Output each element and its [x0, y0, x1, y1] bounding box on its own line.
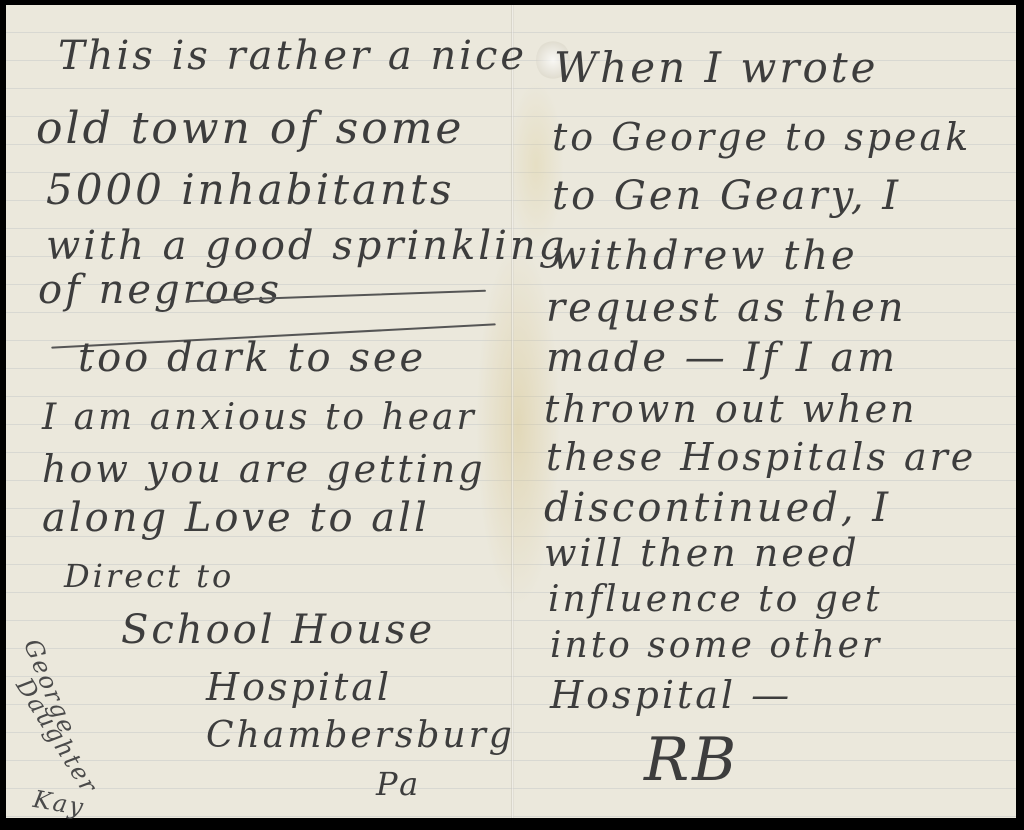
handwritten-line: 5000 inhabitants	[46, 165, 455, 214]
signature: RB	[644, 725, 739, 795]
handwritten-line: Direct to	[64, 557, 234, 595]
handwritten-line: When I wrote	[554, 43, 878, 92]
handwritten-line: old town of some	[36, 103, 464, 154]
handwritten-line: too dark to see	[78, 335, 426, 381]
handwritten-line: influence to get	[548, 579, 883, 620]
handwritten-line: of negroes	[38, 267, 282, 313]
handwritten-line: to Gen Geary, I	[552, 173, 901, 219]
handwritten-line: with a good sprinkling	[46, 223, 567, 269]
handwritten-line: request as then	[546, 285, 907, 331]
handwritten-line: I am anxious to hear	[42, 397, 477, 438]
handwritten-line: along Love to all	[42, 495, 430, 541]
handwritten-line: Pa	[376, 765, 421, 803]
handwritten-line: to George to speak	[552, 115, 971, 159]
handwritten-line: made — If I am	[546, 335, 898, 381]
handwritten-line: discontinued, I	[544, 485, 891, 531]
handwritten-line: Hospital —	[550, 673, 792, 717]
handwritten-line: withdrew the	[552, 233, 858, 279]
handwritten-line: will then need	[544, 531, 860, 575]
handwritten-line: these Hospitals are	[546, 435, 976, 479]
handwritten-line: Chambersburg	[206, 715, 515, 756]
handwritten-line: into some other	[550, 625, 882, 666]
left-page: This is rather a nice old town of some 5…	[6, 5, 511, 818]
handwritten-line: how you are getting	[42, 447, 486, 491]
letter-sheet: This is rather a nice old town of some 5…	[6, 5, 1016, 818]
handwritten-line: Hospital	[206, 665, 392, 709]
right-page: When I wrote to George to speak to Gen G…	[514, 5, 1016, 818]
handwritten-line: School House	[121, 607, 435, 653]
handwritten-line: This is rather a nice	[58, 33, 527, 79]
handwritten-line: thrown out when	[544, 387, 918, 431]
